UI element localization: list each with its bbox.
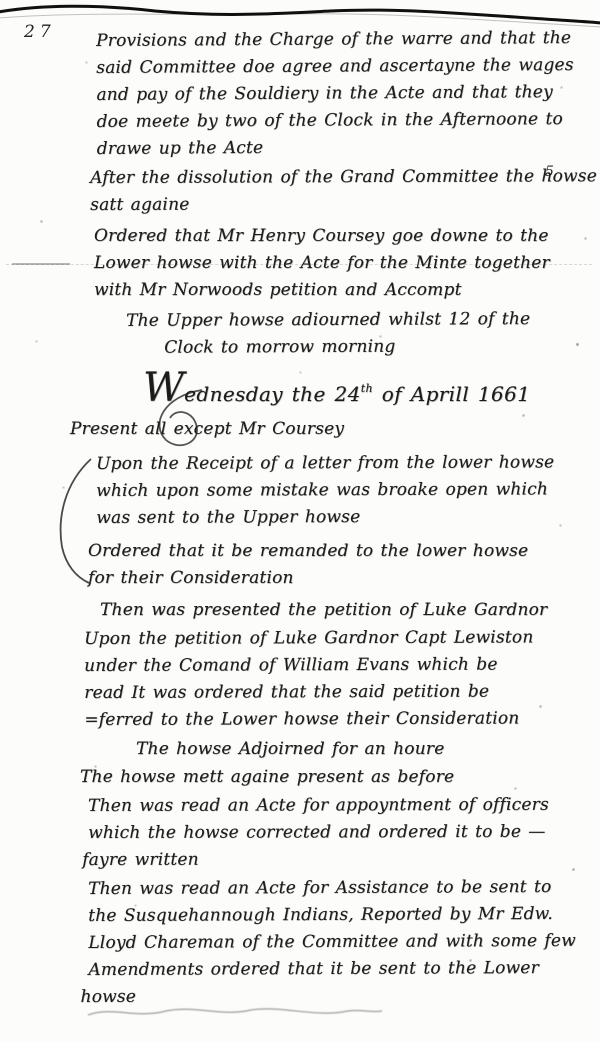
manuscript-line: The howse mett againe present as before	[80, 764, 588, 791]
scan-noise-speckles	[0, 0, 1, 1]
entry-indians-assistance-act: Then was read an Acte for Assistance to …	[88, 874, 589, 1011]
manuscript-line: Upon the petition of Luke Gardnor Capt L…	[84, 624, 588, 653]
entry-coursey-mint-act: Ordered that Mr Henry Coursey goe downe …	[88, 223, 588, 304]
entry-letter-receipt: Upon the Receipt of a letter from the lo…	[88, 449, 588, 532]
manuscript-line: satt againe	[90, 190, 588, 219]
entry-gardnor-petition-referred: Upon the petition of Luke Gardnor Capt L…	[84, 624, 588, 734]
manuscript-line: was sent to the Upper howse	[96, 503, 588, 532]
folio-number: 27	[24, 22, 56, 42]
manuscript-line: The Upper howse adiourned whilst 12 of t…	[126, 306, 588, 335]
manuscript-line: Lower howse with the Acte for the Minte …	[94, 250, 588, 277]
entry-remanded: Ordered that it be remanded to the lower…	[88, 538, 588, 592]
manuscript-line: and pay of the Souldiery in the Acte and…	[96, 79, 588, 109]
manuscript-line: Then was read an Acte for Assistance to …	[88, 874, 588, 903]
entry-gardnor-petition-presented: Then was presented the petition of Luke …	[88, 597, 588, 624]
entry-adjournment: The Upper howse adiourned whilst 12 of t…	[88, 306, 588, 362]
date-heading: Wednesday the 24th of Aprill 1661	[143, 368, 588, 414]
entry-present: Present all except Mr Coursey	[70, 416, 588, 443]
scan-artifact-line-dark	[12, 263, 70, 265]
manuscript-line: Amendments ordered that it be sent to th…	[88, 955, 588, 984]
manuscript-line: Ordered that Mr Henry Coursey goe downe …	[94, 223, 588, 250]
manuscript-line: =ferred to the Lower howse their Conside…	[84, 705, 588, 734]
manuscript-line: howse	[80, 982, 588, 1011]
manuscript-line: After the dissolution of the Grand Commi…	[90, 163, 588, 192]
manuscript-page: 27 5 Provisions and the Charge of the wa…	[0, 0, 600, 1042]
manuscript-line: read It was ordered that the said petiti…	[84, 678, 588, 707]
manuscript-line: fayre written	[82, 846, 588, 874]
manuscript-line: Ordered that it be remanded to the lower…	[88, 538, 588, 565]
manuscript-line: Present all except Mr Coursey	[70, 416, 588, 443]
manuscript-line: which upon some mistake was broake open …	[96, 476, 588, 505]
flourished-capital: W	[143, 365, 184, 411]
manuscript-line: Upon the Receipt of a letter from the lo…	[96, 449, 588, 478]
heading-rest: of Aprill 1661	[373, 382, 530, 406]
manuscript-line: under the Comand of William Evans which …	[84, 651, 588, 680]
manuscript-line: The howse Adjoirned for an houre	[136, 736, 588, 763]
manuscript-line: Then was presented the petition of Luke …	[100, 597, 588, 624]
entry-met-again: The howse mett againe present as before	[80, 764, 588, 791]
manuscript-line: Lloyd Chareman of the Committee and with…	[88, 928, 588, 957]
manuscript-line: for their Consideration	[88, 565, 588, 592]
entry-war-charge: Provisions and the Charge of the warre a…	[88, 25, 589, 163]
manuscript-line: Provisions and the Charge of the warre a…	[96, 25, 588, 55]
manuscript-line: said Committee doe agree and ascertayne …	[96, 52, 588, 82]
manuscript-line: with Mr Norwoods petition and Accompt	[94, 277, 588, 304]
manuscript-line: Clock to morrow morning	[164, 333, 588, 362]
manuscript-line: the Susquehannough Indians, Reported by …	[88, 901, 588, 930]
manuscript-line: doe meete by two of the Clock in the Aft…	[96, 106, 588, 136]
ordinal-suffix: th	[361, 382, 373, 395]
entry-officers-act: Then was read an Acte for appoyntment of…	[88, 792, 588, 874]
entry-house-sat-again: After the dissolution of the Grand Commi…	[88, 163, 588, 219]
entry-adjourned-hour: The howse Adjoirned for an houre	[88, 736, 588, 763]
manuscript-line: Then was read an Acte for appoyntment of…	[88, 792, 588, 820]
manuscript-text: Provisions and the Charge of the warre a…	[88, 28, 588, 1011]
manuscript-line: drawe up the Acte	[97, 133, 589, 163]
manuscript-line: which the howse corrected and ordered it…	[88, 819, 588, 847]
heading-day: ednesday the 24	[184, 382, 361, 406]
